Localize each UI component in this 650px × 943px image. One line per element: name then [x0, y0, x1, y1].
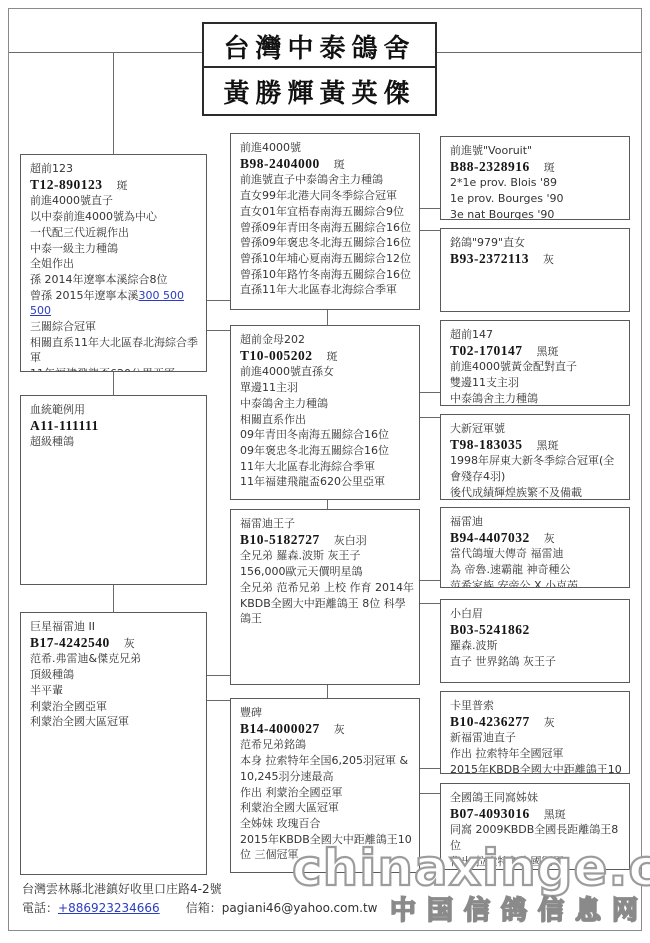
pedigree-box-l1: 超前123 T12-890123斑 前進4000號直子以中泰前進4000號為中心… — [20, 154, 207, 372]
pedigree-line: 作出 利蒙治全國亞軍 — [240, 785, 415, 801]
ring-number: B94-4407032 — [450, 530, 530, 545]
pedigree-line: 曾孫10年埔心夏南海五關綜合12位 — [240, 251, 415, 267]
pedigree-line: 直孫11年大北區春北海綜合季軍 — [240, 282, 415, 298]
pigeon-notes: 前進4000號直子以中泰前進4000號為中心一代配三代近親作出中泰一級主力種鴿全… — [30, 193, 202, 287]
pedigree-line: 以中泰前進4000號為中心 — [30, 209, 202, 225]
ring-row: B10-5182727灰白羽 — [240, 532, 415, 549]
ring-number: T98-183035 — [450, 437, 523, 452]
pigeon-name: 豐碑 — [240, 705, 415, 721]
pedigree-line: 3e nat Bourges '90 — [450, 207, 625, 220]
pedigree-line: 直女01年宜梧春南海五關綜合9位 — [240, 204, 415, 220]
ring-number: B14-4000027 — [240, 721, 320, 736]
pedigree-box-m3: 福雷迪王子 B10-5182727灰白羽 全兄弟 羅森.波斯 灰王子156,00… — [230, 509, 420, 685]
feather-color: 黑斑 — [537, 345, 559, 358]
pedigree-line: 相關直系11年大北區春北海綜合季軍 — [30, 335, 202, 366]
ring-row: T98-183035黑斑 — [450, 437, 625, 454]
email-value: pagiani46@yahoo.com.tw — [222, 901, 378, 915]
ring-number: T12-890123 — [30, 177, 103, 192]
pigeon-name: 前進4000號 — [240, 140, 415, 156]
pigeon-name: 前進號"Vooruit" — [450, 143, 625, 159]
feather-color: 黑斑 — [537, 439, 559, 452]
pedigree-line: 前進4000號直子 — [30, 193, 202, 209]
connector-line — [207, 330, 230, 331]
ring-number: B10-5182727 — [240, 532, 320, 547]
pigeon-notes: 超級種鴿 — [30, 434, 202, 450]
connector-line — [327, 310, 328, 325]
pedigree-box-r2: 銘鴿"979"直女 B93-2372113灰 — [440, 228, 630, 312]
pedigree-line: 范希兄弟銘鴿 — [240, 737, 415, 753]
pigeon-name: 福雷迪 — [450, 514, 625, 530]
loft-address: 台灣雲林縣北港鎮好收里口庄路4-2號 — [22, 880, 222, 897]
ring-row: B10-4236277灰 — [450, 714, 625, 731]
feather-color: 灰 — [544, 532, 555, 545]
ring-number: B07-4093016 — [450, 806, 530, 821]
pedigree-line: 中泰一級主力種鴿 — [30, 241, 202, 257]
pigeon-name: 全國鴿王同窩姊妹 — [450, 790, 625, 806]
pedigree-line: 前進4000號黃金配對直子 — [450, 359, 625, 375]
pedigree-box-m2: 超前金母202 T10-005202斑 前進4000號直孫女單邊11主羽中泰鴿舍… — [230, 325, 420, 500]
pigeon-name: 大新冠軍號 — [450, 421, 625, 437]
connector-line — [113, 52, 114, 154]
pedigree-box-l2: 血統範例用 A11-111111 超級種鴿 — [20, 395, 207, 585]
pedigree-box-l3: 巨星福雷迪 II B17-4242540灰 范希.弗雷迪&傑克兄弟頂級種鴿半平輩… — [20, 612, 207, 875]
connector-line — [420, 208, 440, 209]
pedigree-line: 利蒙治全國大區冠軍 — [240, 800, 415, 816]
owner-title-box: 黃勝輝黃英傑 — [202, 66, 437, 116]
pigeon-notes: 三關綜合冠軍相關直系11年大北區春北海綜合季軍11年福建飛龍盃620公里亞軍11… — [30, 319, 202, 372]
pedigree-page: 台灣中泰鴿舍 黃勝輝黃英傑 超前123 T12-890123斑 前進4000號直… — [0, 0, 650, 943]
pedigree-line: 11年大北區春北海綜合季軍 — [240, 459, 415, 475]
ring-row: B14-4000027灰 — [240, 721, 415, 738]
ring-number: B03-5241862 — [450, 622, 530, 637]
ring-row: T02-170147黑斑 — [450, 343, 625, 360]
connector-line — [113, 585, 114, 612]
pigeon-name: 超前147 — [450, 327, 625, 343]
feather-color: 斑 — [117, 179, 128, 192]
pedigree-line: 09年青田冬南海五關綜合16位 — [240, 427, 415, 443]
connector-line — [113, 372, 114, 395]
pedigree-line: 羅森.波斯 — [450, 638, 625, 654]
pigeon-name: 巨星福雷迪 II — [30, 619, 202, 635]
pigeon-name: 超前123 — [30, 161, 202, 177]
pedigree-line: 1998年屏東大新冬季綜合冠軍(全會殘存4羽) — [450, 453, 625, 484]
pedigree-line: 中泰鴿舍主力種鴿 — [450, 391, 625, 406]
pigeon-note-with-link: 曾孫 2015年遼寧本溪300 500 500 — [30, 288, 202, 319]
pigeon-notes: 前進號直子中泰鴿舍主力種鴿直女99年北港大同冬季綜合冠軍直女01年宜梧春南海五關… — [240, 172, 415, 298]
ring-row: T12-890123斑 — [30, 177, 202, 194]
pedigree-line: 相關直系作出 — [240, 412, 415, 428]
pigeon-notes: 全兄弟 羅森.波斯 灰王子156,000歐元天價明星鴿全兄弟 范希兄弟 上校 作… — [240, 548, 415, 627]
feather-color: 灰 — [334, 723, 345, 736]
pedigree-line: 後代成績輝煌族繁不及備載 — [450, 485, 625, 500]
ring-row: B07-4093016黑斑 — [450, 806, 625, 823]
pigeon-notes: 羅森.波斯直子 世界銘鴿 灰王子 — [450, 638, 625, 669]
connector-line — [327, 500, 328, 509]
feather-color: 斑 — [544, 161, 555, 174]
ring-number: B17-4242540 — [30, 635, 110, 650]
connector-line — [9, 52, 202, 53]
pedigree-line: 11年福建飛龍盃620公里亞軍 — [30, 366, 202, 372]
pedigree-line: 一代配三代近親作出 — [30, 225, 202, 241]
ring-row: B93-2372113灰 — [450, 251, 625, 268]
feather-color: 灰 — [124, 637, 135, 650]
pedigree-line: 09年褒忠冬北海五關綜合16位 — [240, 443, 415, 459]
ring-row: B94-4407032灰 — [450, 530, 625, 547]
pedigree-line: 前進號直子中泰鴿舍主力種鴿 — [240, 172, 415, 188]
pigeon-notes: 2*1e prov. Blois '891e prov. Bourges '90… — [450, 175, 625, 220]
pedigree-line: 單邊11主羽 — [240, 380, 415, 396]
connector-line — [420, 230, 440, 231]
feather-color: 灰白羽 — [334, 534, 367, 547]
pigeon-notes: 前進4000號直孫女單邊11主羽中泰鴿舍主力種鴿相關直系作出09年青田冬南海五關… — [240, 364, 415, 490]
owner-title: 黃勝輝黃英傑 — [223, 73, 415, 110]
loft-title: 台灣中泰鴿舍 — [223, 28, 415, 65]
pedigree-line: 范希.弗雷迪&傑克兄弟 — [30, 651, 202, 667]
pedigree-box-r5: 福雷迪 B94-4407032灰 當代鴿壇大傳奇 福雷迪為 帝魯.速霸龍 神奇種… — [440, 507, 630, 588]
pedigree-line: 中泰鴿舍主力種鴿 — [240, 396, 415, 412]
email-label: 信箱： — [186, 901, 222, 915]
pigeon-notes: 當代鴿壇大傳奇 福雷迪為 帝魯.速霸龍 神奇種公范希家族 安帝公 X 小克芮 — [450, 546, 625, 588]
pigeon-name: 卡里普索 — [450, 698, 625, 714]
pedigree-line: 曾孫10年路竹冬南海五關綜合16位 — [240, 267, 415, 283]
feather-color: 灰 — [544, 716, 555, 729]
pedigree-line: 全兄弟 羅森.波斯 灰王子 — [240, 548, 415, 564]
pedigree-line: 直女99年北港大同冬季綜合冠軍 — [240, 188, 415, 204]
pedigree-line: 2015年KBDB全國大中距離鴿王10 — [450, 762, 625, 774]
ring-number: A11-111111 — [30, 418, 99, 433]
pigeon-name: 銘鴿"979"直女 — [450, 235, 625, 251]
phone-link[interactable]: +886923234666 — [58, 901, 160, 915]
pedigree-box-m1: 前進4000號 B98-2404000斑 前進號直子中泰鴿舍主力種鴿直女99年北… — [230, 133, 420, 310]
pedigree-line: 1e prov. Bourges '90 — [450, 191, 625, 207]
ring-number: B93-2372113 — [450, 251, 529, 266]
pigeon-name: 福雷迪王子 — [240, 516, 415, 532]
chinaxinge-watermark: chinaxinge.com — [292, 839, 650, 897]
feather-color: 灰 — [543, 253, 554, 266]
ring-row: B17-4242540灰 — [30, 635, 202, 652]
ring-number: T02-170147 — [450, 343, 523, 358]
pedigree-line: 2*1e prov. Blois '89 — [450, 175, 625, 191]
feather-color: 斑 — [334, 158, 345, 171]
pedigree-line: 超級種鴿 — [30, 434, 202, 450]
ring-number: B10-4236277 — [450, 714, 530, 729]
pedigree-line: 利蒙治全國大區冠軍 — [30, 714, 202, 730]
connector-line — [420, 768, 440, 769]
connector-line — [207, 300, 230, 301]
pedigree-box-r4: 大新冠軍號 T98-183035黑斑 1998年屏東大新冬季綜合冠軍(全會殘存4… — [440, 414, 630, 500]
connector-line — [207, 700, 230, 701]
chinaxinge-watermark-cn: 中国信鸽信息网 — [390, 890, 649, 927]
pedigree-line: 全姐作出 — [30, 256, 202, 272]
ring-row: B03-5241862 — [450, 622, 625, 639]
ring-row: B98-2404000斑 — [240, 156, 415, 173]
ring-number: T10-005202 — [240, 348, 313, 363]
pedigree-line: 為 帝魯.速霸龍 神奇種公 — [450, 562, 625, 578]
pedigree-line: 曾孫09年褒忠冬北海五關綜合16位 — [240, 235, 415, 251]
pedigree-line: 三關綜合冠軍 — [30, 319, 202, 335]
pedigree-box-r3: 超前147 T02-170147黑斑 前進4000號黃金配對直子雙邊11支主羽中… — [440, 320, 630, 406]
ring-number: B88-2328916 — [450, 159, 530, 174]
pedigree-line: 11年福建飛龍盃620公里亞軍 — [240, 474, 415, 490]
connector-line — [420, 793, 440, 794]
loft-title-box: 台灣中泰鴿舍 — [202, 22, 437, 70]
pedigree-line: 曾孫09年青田冬南海五關綜合16位 — [240, 220, 415, 236]
pedigree-line: 頂級種鴿 — [30, 667, 202, 683]
connector-line — [433, 52, 641, 53]
pedigree-line: 新福雷迪直子 — [450, 730, 625, 746]
pigeon-notes: 范希.弗雷迪&傑克兄弟頂級種鴿半平輩利蒙治全國亞軍利蒙治全國大區冠軍 — [30, 651, 202, 730]
pedigree-line: 利蒙治全國亞軍 — [30, 699, 202, 715]
feather-color: 黑斑 — [544, 808, 566, 821]
pedigree-line: 前進4000號直孫女 — [240, 364, 415, 380]
contact-row: 電話：+886923234666信箱：pagiani46@yahoo.com.t… — [22, 899, 378, 916]
pedigree-box-r7: 卡里普索 B10-4236277灰 新福雷迪直子作出 拉索特年全國冠軍2015年… — [440, 691, 630, 774]
pedigree-line: 直子 世界銘鴿 灰王子 — [450, 654, 625, 670]
pedigree-line: 半平輩 — [30, 683, 202, 699]
pigeon-notes: 新福雷迪直子作出 拉索特年全國冠軍2015年KBDB全國大中距離鴿王10 — [450, 730, 625, 774]
pedigree-line: 156,000歐元天價明星鴿 — [240, 564, 415, 580]
pedigree-line: 全姊妹 玫瑰百合 — [240, 816, 415, 832]
pigeon-notes: 前進4000號黃金配對直子雙邊11支主羽中泰鴿舍主力種鴿 — [450, 359, 625, 406]
pedigree-box-r1: 前進號"Vooruit" B88-2328916斑 2*1e prov. Blo… — [440, 136, 630, 220]
ring-row: A11-111111 — [30, 418, 202, 435]
pigeon-name: 血統範例用 — [30, 402, 202, 418]
connector-line — [420, 603, 440, 604]
link-prefix: 曾孫 2015年遼寧本溪 — [30, 289, 139, 302]
pigeon-name: 超前金母202 — [240, 332, 415, 348]
pedigree-box-r6: 小白眉 B03-5241862 羅森.波斯直子 世界銘鴿 灰王子 — [440, 599, 630, 683]
connector-line — [420, 580, 440, 581]
pigeon-notes: 1998年屏東大新冬季綜合冠軍(全會殘存4羽)後代成績輝煌族繁不及備載 — [450, 453, 625, 500]
pedigree-line: 當代鴿壇大傳奇 福雷迪 — [450, 546, 625, 562]
phone-label: 電話： — [22, 901, 58, 915]
connector-line — [420, 417, 440, 418]
pedigree-line: 作出 拉索特年全國冠軍 — [450, 746, 625, 762]
connector-line — [420, 392, 440, 393]
pedigree-line: 孫 2014年遼寧本溪綜合8位 — [30, 272, 202, 288]
pedigree-line: 本身 拉索特年全国6,205羽冠軍 & 10,245羽分速最高 — [240, 753, 415, 784]
connector-line — [207, 675, 230, 676]
feather-color: 斑 — [327, 350, 338, 363]
pedigree-line: 雙邊11支主羽 — [450, 375, 625, 391]
connector-line — [327, 685, 328, 698]
ring-row: T10-005202斑 — [240, 348, 415, 365]
ring-number: B98-2404000 — [240, 156, 320, 171]
pedigree-line: 全兄弟 范希兄弟 上校 作育 2014年KBDB全國大中距離鴿王 8位 科學鴿王 — [240, 580, 415, 627]
pedigree-line: 范希家族 安帝公 X 小克芮 — [450, 578, 625, 588]
ring-row: B88-2328916斑 — [450, 159, 625, 176]
pigeon-name: 小白眉 — [450, 606, 625, 622]
